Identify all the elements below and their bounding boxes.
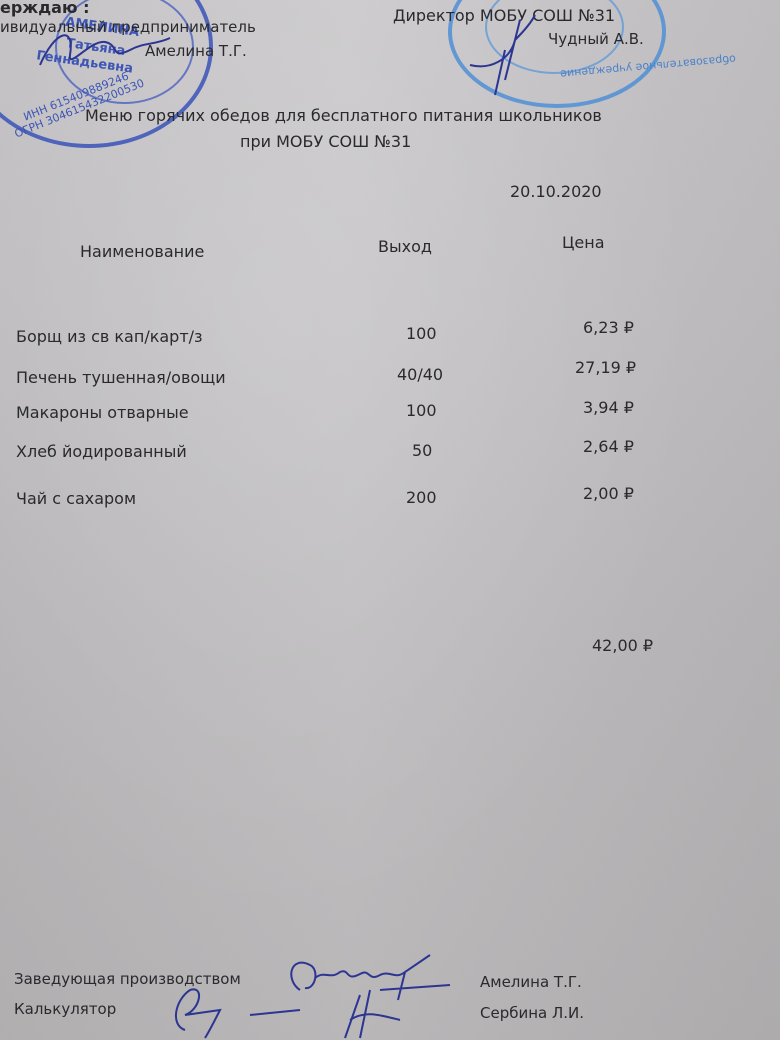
approver-left-title: ивидуальный предприниматель xyxy=(0,18,256,36)
total-price: 42,00 ₽ xyxy=(592,636,653,655)
column-header-yield: Выход xyxy=(378,237,432,256)
document-date: 20.10.2020 xyxy=(510,182,602,201)
row-yield: 100 xyxy=(406,401,437,420)
signature-name-2: Сербина Л.И. xyxy=(480,1004,584,1022)
row-name: Хлеб йодированный xyxy=(16,442,187,461)
row-price: 3,94 ₽ xyxy=(583,398,634,417)
document-title-line2: при МОБУ СОШ №31 xyxy=(240,132,411,151)
row-name: Макароны отварные xyxy=(16,403,189,422)
signature-bottom-2 xyxy=(160,980,420,1040)
row-price: 6,23 ₽ xyxy=(583,318,634,337)
row-yield: 200 xyxy=(406,488,437,507)
row-price: 2,64 ₽ xyxy=(583,437,634,456)
paper-background xyxy=(0,0,780,1040)
row-price: 2,00 ₽ xyxy=(583,484,634,503)
signature-role-1: Заведующая производством xyxy=(14,970,241,988)
approver-left-name: Амелина Т.Г. xyxy=(145,42,247,60)
approver-right-name: Чудный А.В. xyxy=(548,30,644,48)
column-header-price: Цена xyxy=(562,233,605,252)
row-name: Борщ из св кап/карт/з xyxy=(16,327,203,346)
document-title-line1: Меню горячих обедов для бесплатного пита… xyxy=(85,106,602,125)
row-yield: 50 xyxy=(412,441,432,460)
signature-name-1: Амелина Т.Г. xyxy=(480,973,582,991)
signature-bottom-1 xyxy=(280,950,460,1040)
stamp-right-text: образовательное учреждение xyxy=(560,52,737,80)
row-yield: 100 xyxy=(406,324,437,343)
approver-right-title: Директор МОБУ СОШ №31 xyxy=(393,6,615,25)
column-header-name: Наименование xyxy=(80,242,204,261)
signature-role-2: Калькулятор xyxy=(14,1000,116,1018)
approve-label: ерждаю : xyxy=(0,0,89,17)
row-name: Печень тушенная/овощи xyxy=(16,368,226,387)
row-name: Чай с сахаром xyxy=(16,489,136,508)
row-yield: 40/40 xyxy=(397,365,443,384)
row-price: 27,19 ₽ xyxy=(575,358,636,377)
